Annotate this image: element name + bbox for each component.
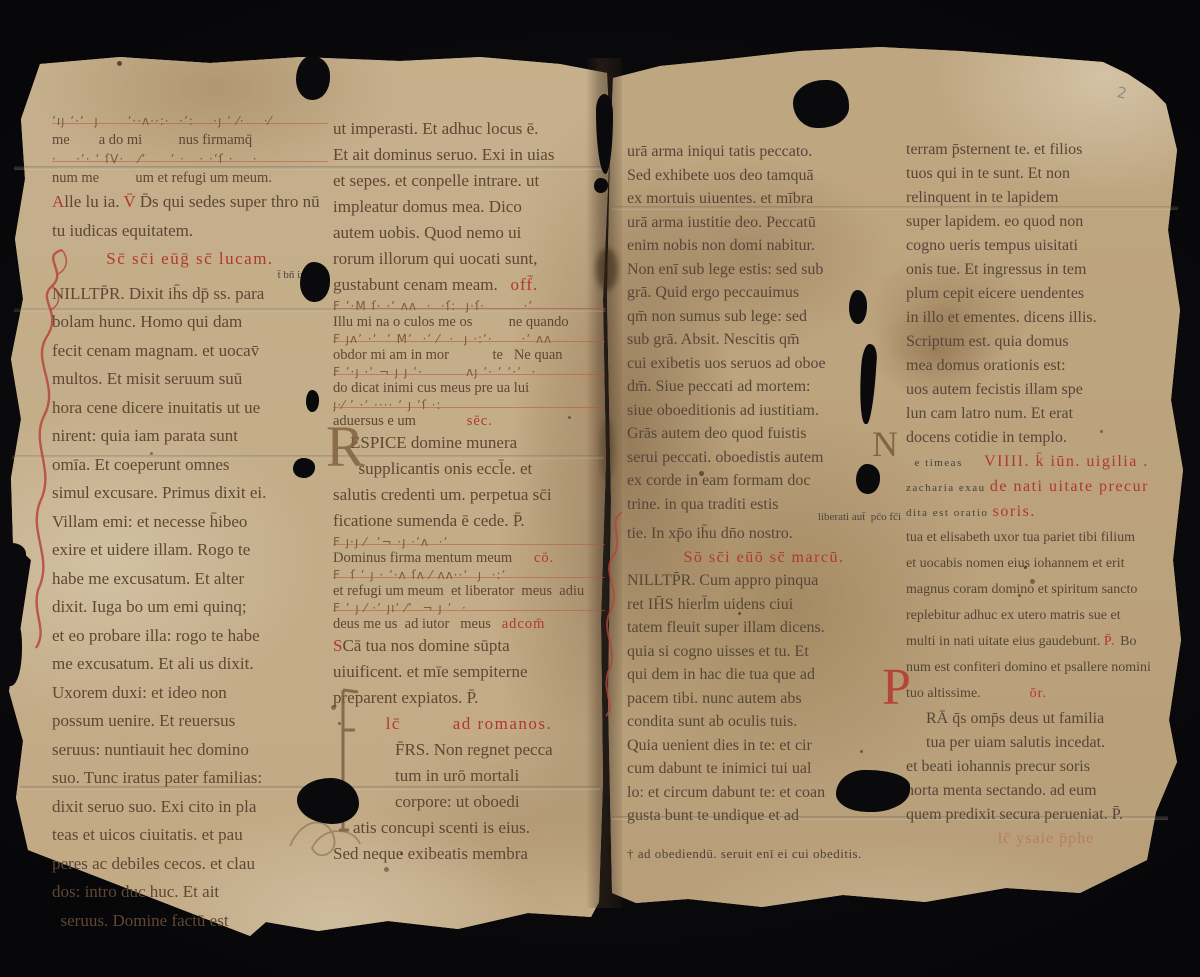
manuscript-line: Alle lu ia. V̄ D̄s qui sedes super thro … xyxy=(52,188,328,217)
manuscript-line: tua et elisabeth uxor tua pariet tibi fi… xyxy=(906,525,1186,551)
manuscript-line: tum in urō mortali xyxy=(333,763,605,789)
manuscript-line: Grās autem deo quod fuistis xyxy=(627,422,901,446)
manuscript-line: replebitur adhuc ex utero matris sue et xyxy=(906,603,1186,629)
manuscript-line-segment: lle lu ia. xyxy=(64,192,123,211)
manuscript-line: urā arma iustitie deo. Peccatū xyxy=(627,211,901,235)
parchment-hole xyxy=(300,262,330,302)
manuscript-line: in illo et ementes. dicens illis. xyxy=(906,306,1186,330)
manuscript-line-segment: e timeas xyxy=(906,457,984,469)
manuscript-line: lc̄ ad romanos. xyxy=(333,711,605,737)
manuscript-line: Dominus firma mentum meum cō. xyxy=(333,550,605,567)
manuscript-line-segment: soris. xyxy=(993,503,1036,520)
manuscript-line: habe me excusatum. Et alter xyxy=(52,565,328,594)
manuscript-line-segment: de nati uitate precur xyxy=(990,478,1149,495)
parchment-edge-loss xyxy=(0,612,22,686)
manuscript-line: Sed neque exibeatis membra xyxy=(333,841,605,867)
manuscript-line: Non enī sub lege estis: sed sub xyxy=(627,258,901,282)
manuscript-line-segment: deus me us ad iutor meus xyxy=(333,616,502,632)
manuscript-line: e timeas VIIII. k̄ iūn. uigilia . xyxy=(906,450,1186,475)
manuscript-line-segment: Cā tua nos domine sūpta xyxy=(342,636,509,655)
manuscript-line: NILLTP̄R. Dixit ih̄s dp̄ ss. para xyxy=(52,280,328,309)
manuscript-line-segment: ōr. xyxy=(1030,686,1047,701)
parchment-edge-loss xyxy=(0,543,26,568)
manuscript-line: ex mortuis uiuentes. et mībra xyxy=(627,187,901,211)
manuscript-line: supplicantis onis eccl̄e. et xyxy=(333,456,605,482)
manuscript-line: F ʼ·ȷ ·ʼ ¬ ȷ ȷ ʼ· ʌȷ ʼ· ʼ ʼ·ʼ · xyxy=(333,364,605,380)
manuscript-line: seruus: nuntiauit hec domino xyxy=(52,736,328,765)
manuscript-line-segment: VIIII. k̄ iūn. uigilia . xyxy=(984,453,1149,470)
manuscript-line: tie. In xp̄o ih̄u dn̄o nostro. xyxy=(627,522,901,546)
manuscript-line: serui peccati. oboedistis autem xyxy=(627,446,901,470)
manuscript-line: multi in nati uitate eius gaudebunt. P̄.… xyxy=(906,629,1186,655)
manuscript-line: dita est oratio soris. xyxy=(906,500,1186,525)
manuscript-line: ʼıȷ ʼ·ʼ ȷ ʼ··ʌ··:· ·ʼ: ·ȷ ʼ ⁄· ·⁄ xyxy=(52,112,328,130)
manuscript-line: super lapidem. eo quod non xyxy=(906,210,1186,234)
manuscript-line: F̄RS. Non regnet pecca xyxy=(333,737,605,763)
manuscript-line-segment: zacharia exau xyxy=(906,482,990,494)
manuscript-line: F ȷ·ȷ ⁄ ʼ¬ ·ȷ ·ʼʌ ·ʼ xyxy=(333,534,605,550)
manuscript-line-segment: cō. xyxy=(534,550,554,566)
penwork-initial-icon xyxy=(28,246,74,656)
manuscript-line: rorum illorum qui uocati sunt, xyxy=(333,246,605,272)
manuscript-line: dos: intro duc huc. Et ait xyxy=(52,878,328,907)
manuscript-line: multos. Et misit seruum suū xyxy=(52,365,328,394)
manuscript-line-segment: Bo xyxy=(1120,634,1136,649)
manuscript-line-segment: A xyxy=(52,192,64,211)
text-column-4: terram p̄sternent te. et filiostuos qui … xyxy=(906,138,1186,851)
manuscript-line: lc̄ ysaie p̄phe xyxy=(906,827,1186,851)
manuscript-line: do dicat inimi cus meus pre ua lui xyxy=(333,380,605,397)
manuscript-line: fecit cenam magnam. et uocav̄ xyxy=(52,337,328,366)
manuscript-line: ȷ·⁄ ʼ ·ʼ ···· ʼ ȷ ʼſ ·: xyxy=(333,397,605,413)
manuscript-line-segment: dita est oratio xyxy=(906,507,993,519)
manuscript-line: magnus coram domino et spiritum sancto xyxy=(906,577,1186,603)
manuscript-line: Sō sc̄i eūō sc̄ marcū. xyxy=(627,546,901,570)
manuscript-line: corpore: ut oboedi xyxy=(333,789,605,815)
manuscript-line-segment: multi in nati uitate eius gaudebunt. xyxy=(906,634,1104,649)
manuscript-line: Et ait dominus seruo. Exi in uias xyxy=(333,142,605,168)
manuscript-line-segment: gustabunt cenam meam. xyxy=(333,275,511,294)
manuscript-line: zacharia exau de nati uitate precur xyxy=(906,475,1186,500)
manuscript-line: et beati iohannis precur soris xyxy=(906,755,1186,779)
manuscript-line: simul excusare. Primus dixit ei. xyxy=(52,479,328,508)
manuscript-line: possum uenire. Et reuersus xyxy=(52,707,328,736)
manuscript-line: aduersus e um sēc. xyxy=(333,413,605,430)
manuscript-line: suo. Tunc iratus pater familias: xyxy=(52,764,328,793)
manuscript-line: condita sunt ab oculis tuis. xyxy=(627,710,901,734)
parchment-hole xyxy=(856,464,880,494)
manuscript-line: F ʼ·M ſ· ·ʼ ʌʌ · ·ſ: ȷ·ſ· ·ʼ xyxy=(333,298,605,314)
manuscript-line: Quia uenient dies in te: et cir xyxy=(627,734,901,758)
manuscript-line: Sed exhibete uos deo tamquā xyxy=(627,164,901,188)
manuscript-line-segment: tuo altissime. xyxy=(906,686,1030,701)
initial-p: P xyxy=(882,662,911,714)
parchment-hole xyxy=(306,390,319,412)
manuscript-line: quia si cogno uisses et tu. Et xyxy=(627,640,901,664)
manuscript-line: et sepes. et conpelle intrare. ut xyxy=(333,168,605,194)
manuscript-line: · ·ʼ· ʼ ſV· ⁄ʼ ʼ · · ·ʼſ · · xyxy=(52,150,328,168)
manuscript-line: ut imperasti. Et adhuc locus ē. xyxy=(333,116,605,142)
manuscript-line-segment: P̄. xyxy=(1104,634,1120,649)
ink-specks xyxy=(0,0,3,3)
manuscript-line: relinquent in te lapidem xyxy=(906,186,1186,210)
manuscript-line: lun cam latro num. Et erat xyxy=(906,402,1186,426)
manuscript-line: tatem fleuit super illam dicens. xyxy=(627,616,901,640)
text-column-2: ut imperasti. Et adhuc locus ē.Et ait do… xyxy=(333,116,605,867)
manuscript-line: uiuificent. et mīe sempiterne xyxy=(333,659,605,685)
photo-backdrop: ʼıȷ ʼ·ʼ ȷ ʼ··ʌ··:· ·ʼ: ·ȷ ʼ ⁄· ·⁄me a do… xyxy=(0,0,1200,977)
manuscript-line: dixit. Iuga bo um emi quinq; xyxy=(52,593,328,622)
manuscript-line: impleatur domus mea. Dico xyxy=(333,194,605,220)
manuscript-line: pacem tibi. nunc autem abs xyxy=(627,687,901,711)
manuscript-line: salutis credenti um. perpetua sc̄i xyxy=(333,482,605,508)
manuscript-line: plum cepit eicere uendentes xyxy=(906,282,1186,306)
manuscript-line: et uocabis nomen eius iohannem et erit xyxy=(906,551,1186,577)
manuscript-line: SCā tua nos domine sūpta xyxy=(333,633,605,659)
manuscript-line-segment: adcom̄ xyxy=(502,616,546,632)
manuscript-line: num me um et refugi um meum. xyxy=(52,168,328,188)
manuscript-line: F ʼ ȷ ⁄ ·ʼ ȷıʼ ⁄ʼ ¬ ȷ ʼ · xyxy=(333,600,605,616)
manuscript-line-segment: Dominus firma mentum meum xyxy=(333,550,534,566)
parchment-hole xyxy=(296,56,330,100)
parchment-hole xyxy=(849,290,867,324)
penwork-initial-icon xyxy=(598,510,630,720)
manuscript-line: docens cotidie in templo. xyxy=(906,426,1186,450)
manuscript-line: RĀ q̄s omp̄s deus ut familia xyxy=(906,707,1186,731)
manuscript-line: qui dem in hac die tua que ad xyxy=(627,663,901,687)
manuscript-line: exire et uidere illam. Rogo te xyxy=(52,536,328,565)
manuscript-line-segment: D̄s qui sedes super thro nū xyxy=(140,192,320,211)
manuscript-line: me excusatum. Et ali us dixit. xyxy=(52,650,328,679)
manuscript-line: Scriptum est. quia domus xyxy=(906,330,1186,354)
manuscript-line: Uxorem duxi: et ideo non xyxy=(52,679,328,708)
manuscript-line: nirent: quia iam parata sunt xyxy=(52,422,328,451)
manuscript-line: tuo altissime. ōr. xyxy=(906,681,1186,707)
manuscript-line: atis concupi scenti is eius. xyxy=(333,815,605,841)
manuscript-line: uos autem fecistis illam spe xyxy=(906,378,1186,402)
manuscript-line: hora cene dicere inuitatis ut ue xyxy=(52,394,328,423)
manuscript-line: urā arma iniqui tatis peccato. xyxy=(627,140,901,164)
manuscript-line: et eo probare illa: rogo te habe xyxy=(52,622,328,651)
manuscript-line: † ad obediendū. seruit enī ei cui obedit… xyxy=(627,842,901,866)
manuscript-line-segment: off̄. xyxy=(511,275,539,294)
manuscript-line: onis tue. Et ingressus in tem xyxy=(906,258,1186,282)
manuscript-line: gustabunt cenam meam. off̄. xyxy=(333,272,605,298)
manuscript-line-segment: sēc. xyxy=(467,413,493,429)
manuscript-line: deus me us ad iutor meus adcom̄ xyxy=(333,616,605,633)
manuscript-line: quem predixit secura perueniat. P̄. xyxy=(906,803,1186,827)
manuscript-line: tuos qui in te sunt. Et non xyxy=(906,162,1186,186)
manuscript-line: me a do mi nus firmamq̄ xyxy=(52,130,328,150)
manuscript-line: num est confiteri domino et psallere nom… xyxy=(906,655,1186,681)
manuscript-line: omīa. Et coeperunt omnes xyxy=(52,451,328,480)
parchment-hole xyxy=(793,80,849,128)
text-column-3: urā arma iniqui tatis peccato.Sed exhibe… xyxy=(627,140,901,865)
initial-r: R xyxy=(326,418,365,476)
manuscript-line: Illu mi na o culos me os ne quando xyxy=(333,314,605,331)
initial-n: N xyxy=(872,426,898,462)
manuscript-line: Villam emi: et necesse h̄ibeo xyxy=(52,508,328,537)
manuscript-line: terram p̄sternent te. et filios xyxy=(906,138,1186,162)
manuscript-line-segment: V̄ xyxy=(123,192,139,211)
manuscript-line: ficatione sumenda ē cede. P̄. xyxy=(333,508,605,534)
manuscript-line: ret IH̄S hierl̄m uidens ciui xyxy=(627,593,901,617)
manuscript-line: horta menta sectando. ad eum xyxy=(906,779,1186,803)
manuscript-line: enim nobis non domi nabitur. xyxy=(627,234,901,258)
manuscript-line: sub grā. Absit. Nescitis qm̄ xyxy=(627,328,901,352)
manuscript-line: et refugi um meum et liberator meus adiu xyxy=(333,583,605,600)
parchment-hole xyxy=(293,458,315,478)
manuscript-line: tu iudicas equitatem. xyxy=(52,217,328,246)
manuscript-line: cogno ueris tempus uisitati xyxy=(906,234,1186,258)
manuscript-line: preparent expiatos. P̄. xyxy=(333,685,605,711)
manuscript-line: tua per uiam salutis incedat. xyxy=(906,731,1186,755)
parchment-hole xyxy=(594,178,608,193)
manuscript-line: ESPICE domine munera xyxy=(333,430,605,456)
manuscript-line: F ȷʌʼ ·ʼ ʼ Mʼ ·ʼ ⁄ · ȷ ·:ʼ· ·ʼ ʌʌ xyxy=(333,331,605,347)
manuscript-line: NILLTP̄R. Cum appro pinqua xyxy=(627,569,901,593)
manuscript-line: bolam hunc. Homo qui dam xyxy=(52,308,328,337)
manuscript-line: autem uobis. Quod nemo ui xyxy=(333,220,605,246)
manuscript-line: seruus. Domine factū est xyxy=(52,907,328,936)
manuscript-line: F ſ ʼ ȷ · ʼ·ʌ ſʌ ⁄ ʌʌ··ʼ ȷ ·:ʼ xyxy=(333,567,605,583)
manuscript-line: mea domus orationis est: xyxy=(906,354,1186,378)
manuscript-line: obdor mi am in mor te Ne quan xyxy=(333,347,605,364)
